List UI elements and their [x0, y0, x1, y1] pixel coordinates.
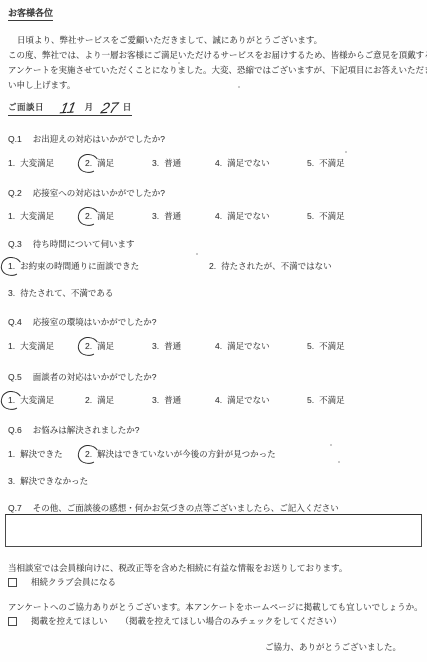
publish-info-text: アンケートへのご協力ありがとうございます。本アンケートをホームページに掲載しても…	[8, 601, 423, 613]
option-number: 4.	[215, 158, 222, 168]
question-q6: Q.6お悩みは解決されましたか?	[8, 424, 139, 436]
question-q1-options: 1.大変満足 2.満足 3.普通 4.満足でない 5.不満足	[8, 157, 422, 172]
question-number: Q.2	[8, 188, 22, 198]
option-label: 大変満足	[20, 158, 54, 168]
option: 2.満足	[85, 340, 114, 352]
scan-speck	[196, 253, 198, 255]
option-label: 満足	[97, 395, 114, 405]
option-label: 普通	[164, 341, 181, 351]
scan-speck	[178, 62, 180, 64]
option: 3.普通	[152, 394, 181, 406]
question-number: Q.4	[8, 317, 22, 327]
question-q5-options: 1.大変満足 2.満足 3.普通 4.満足でない 5.不満足	[8, 394, 422, 409]
option-number: 2.	[85, 395, 92, 405]
question-number: Q.7	[8, 503, 22, 513]
option-label: 満足でない	[227, 211, 270, 221]
question-q5: Q.5面談者の対応はいかがでしたか?	[8, 371, 156, 383]
scan-speck	[330, 444, 332, 446]
decline-publish-checkbox[interactable]	[8, 617, 17, 626]
option-number: 2.	[85, 341, 92, 351]
interview-month-handwritten: 11	[59, 102, 78, 117]
option-label: 解決できなかった	[20, 476, 88, 486]
question-text: 面談者の対応はいかがでしたか?	[33, 372, 157, 382]
interview-day-handwritten: 27	[100, 102, 120, 117]
option: 3.普通	[152, 157, 181, 169]
option: 5.不満足	[307, 340, 345, 352]
option-label: 不満足	[319, 158, 345, 168]
option-number: 3.	[8, 476, 15, 486]
question-number: Q.6	[8, 425, 22, 435]
option: 4.満足でない	[215, 340, 270, 352]
option-label: 普通	[164, 158, 181, 168]
option-label: 不満足	[319, 211, 345, 221]
option-label: 大変満足	[20, 341, 54, 351]
option: 1.大変満足	[8, 394, 54, 406]
question-q3-options-row1: 1.お約束の時間通りに面談できた 2.待たされたが、不満ではない	[8, 260, 422, 275]
option-number: 5.	[307, 341, 314, 351]
question-q6-options-row2: 3.解決できなかった	[8, 475, 422, 490]
option-number: 4.	[215, 395, 222, 405]
option-label: 大変満足	[20, 211, 54, 221]
club-member-checkbox[interactable]	[8, 578, 17, 587]
intro-line: い申し上げます。	[8, 78, 420, 93]
option-label: 解決はできていないが今後の方針が見つかった	[97, 449, 276, 459]
option: 3.解決できなかった	[8, 475, 88, 487]
intro-line: 日頃より、弊社サービスをご愛顧いただきまして、誠にありがとうございます。	[8, 33, 420, 48]
question-q2: Q.2応接室への対応はいかがでしたか?	[8, 187, 165, 199]
option-label: お約束の時間通りに面談できた	[20, 261, 139, 271]
question-number: Q.3	[8, 239, 22, 249]
option-number: 3.	[152, 341, 159, 351]
option: 5.不満足	[307, 210, 345, 222]
option-number: 2.	[85, 211, 92, 221]
option: 2.満足	[85, 394, 114, 406]
option-label: 満足	[97, 211, 114, 221]
question-text: 応接室への対応はいかがでしたか?	[33, 188, 165, 198]
option-label: 普通	[164, 395, 181, 405]
option-number: 3.	[152, 395, 159, 405]
option: 2.満足	[85, 157, 114, 169]
option-number: 4.	[215, 341, 222, 351]
option-number: 1.	[8, 211, 15, 221]
question-text: お出迎えの対応はいかがでしたか?	[33, 134, 165, 144]
document-title: お客様各位	[8, 6, 53, 21]
question-q2-options: 1.大変満足 2.満足 3.普通 4.満足でない 5.不満足	[8, 210, 422, 225]
day-unit-label: 日	[123, 101, 132, 115]
question-text: その他、ご面談後の感想・何かお気づきの点等ございましたら、ご記入ください	[33, 503, 339, 513]
option-number: 5.	[307, 395, 314, 405]
option-number: 3.	[152, 211, 159, 221]
decline-publish-checkbox-row: 掲載を控えてほしい （掲載を控えてほしい場合のみチェックをしてください）	[8, 615, 341, 627]
option-label: 待たされて、不満である	[20, 288, 113, 298]
option-number: 1.	[8, 395, 15, 405]
option: 5.不満足	[307, 394, 345, 406]
option-number: 1.	[8, 449, 15, 459]
question-q3: Q.3待ち時間について伺います	[8, 238, 135, 250]
option-label: 大変満足	[20, 395, 54, 405]
club-member-checkbox-row: 相続クラブ会員になる	[8, 576, 116, 588]
option: 5.不満足	[307, 157, 345, 169]
option-label: 不満足	[319, 341, 345, 351]
option: 1.お約束の時間通りに面談できた	[8, 260, 139, 272]
option-number: 5.	[307, 158, 314, 168]
option-label: 満足でない	[227, 341, 270, 351]
scan-speck	[238, 86, 240, 88]
question-number: Q.1	[8, 134, 22, 144]
question-q3-options-row2: 3.待たされて、不満である	[8, 287, 422, 302]
question-q4-options: 1.大変満足 2.満足 3.普通 4.満足でない 5.不満足	[8, 340, 422, 355]
option: 4.満足でない	[215, 394, 270, 406]
option-label: 満足でない	[227, 395, 270, 405]
option-number: 1.	[8, 341, 15, 351]
club-info-text: 当相談室では会員様向けに、税改正等を含めた相続に有益な情報をお送りしております。	[8, 562, 347, 574]
option: 2.満足	[85, 210, 114, 222]
option-number: 2.	[209, 261, 216, 271]
option-number: 3.	[152, 158, 159, 168]
option-number: 3.	[8, 288, 15, 298]
option: 4.満足でない	[215, 157, 270, 169]
option-label: 普通	[164, 211, 181, 221]
question-q7: Q.7その他、ご面談後の感想・何かお気づきの点等ございましたら、ご記入ください	[8, 502, 339, 514]
question-text: 応接室の環境はいかがでしたか?	[33, 317, 157, 327]
option-label: 満足	[97, 341, 114, 351]
option: 2.待たされたが、不満ではない	[209, 260, 332, 272]
option: 1.大変満足	[8, 210, 54, 222]
interview-date-line: ご面談日 11 月 27 日	[8, 97, 132, 116]
month-unit-label: 月	[85, 101, 94, 115]
option-label: 満足でない	[227, 158, 270, 168]
option-number: 1.	[8, 158, 15, 168]
option-number: 5.	[307, 211, 314, 221]
option-label: 不満足	[319, 395, 345, 405]
intro-line: アンケートを実施させていただくことになりました。大変、恐縮ではございますが、下記…	[8, 63, 420, 78]
option-number: 1.	[8, 261, 15, 271]
question-text: お悩みは解決されましたか?	[33, 425, 140, 435]
option: 3.待たされて、不満である	[8, 287, 113, 299]
club-member-checkbox-label: 相続クラブ会員になる	[31, 576, 116, 588]
intro-line: この度、弊社では、より一層お客様にご満足いただけるサービスをお届けするため、皆様…	[8, 48, 420, 63]
option: 1.大変満足	[8, 340, 54, 352]
question-number: Q.5	[8, 372, 22, 382]
comments-box[interactable]	[5, 514, 422, 547]
option-number: 2.	[85, 449, 92, 459]
scan-speck	[338, 461, 340, 463]
option: 1.大変満足	[8, 157, 54, 169]
option-number: 4.	[215, 211, 222, 221]
decline-publish-checkbox-label: 掲載を控えてほしい	[31, 615, 108, 627]
question-q1: Q.1お出迎えの対応はいかがでしたか?	[8, 133, 165, 145]
option-label: 解決できた	[20, 449, 63, 459]
option: 1.解決できた	[8, 448, 63, 460]
question-q6-options-row1: 1.解決できた 2.解決はできていないが今後の方針が見つかった	[8, 448, 422, 463]
option: 2.解決はできていないが今後の方針が見つかった	[85, 448, 276, 460]
scan-speck	[302, 71, 304, 73]
option: 4.満足でない	[215, 210, 270, 222]
closing-thanks: ご協力、ありがとうございました。	[265, 641, 401, 653]
option-number: 2.	[85, 158, 92, 168]
survey-document: { "colors": { "paper": "#fefefe", "ink":…	[0, 0, 427, 662]
question-q4: Q.4応接室の環境はいかがでしたか?	[8, 316, 156, 328]
scan-speck	[345, 151, 347, 153]
interview-date-label: ご面談日	[8, 101, 44, 115]
option: 3.普通	[152, 340, 181, 352]
option-label: 待たされたが、不満ではない	[221, 261, 332, 271]
question-text: 待ち時間について伺います	[33, 239, 135, 249]
intro-paragraph: 日頃より、弊社サービスをご愛顧いただきまして、誠にありがとうございます。 この度…	[8, 33, 420, 93]
option-label: 満足	[97, 158, 114, 168]
option: 3.普通	[152, 210, 181, 222]
decline-publish-note: （掲載を控えてほしい場合のみチェックをしてください）	[121, 615, 342, 627]
